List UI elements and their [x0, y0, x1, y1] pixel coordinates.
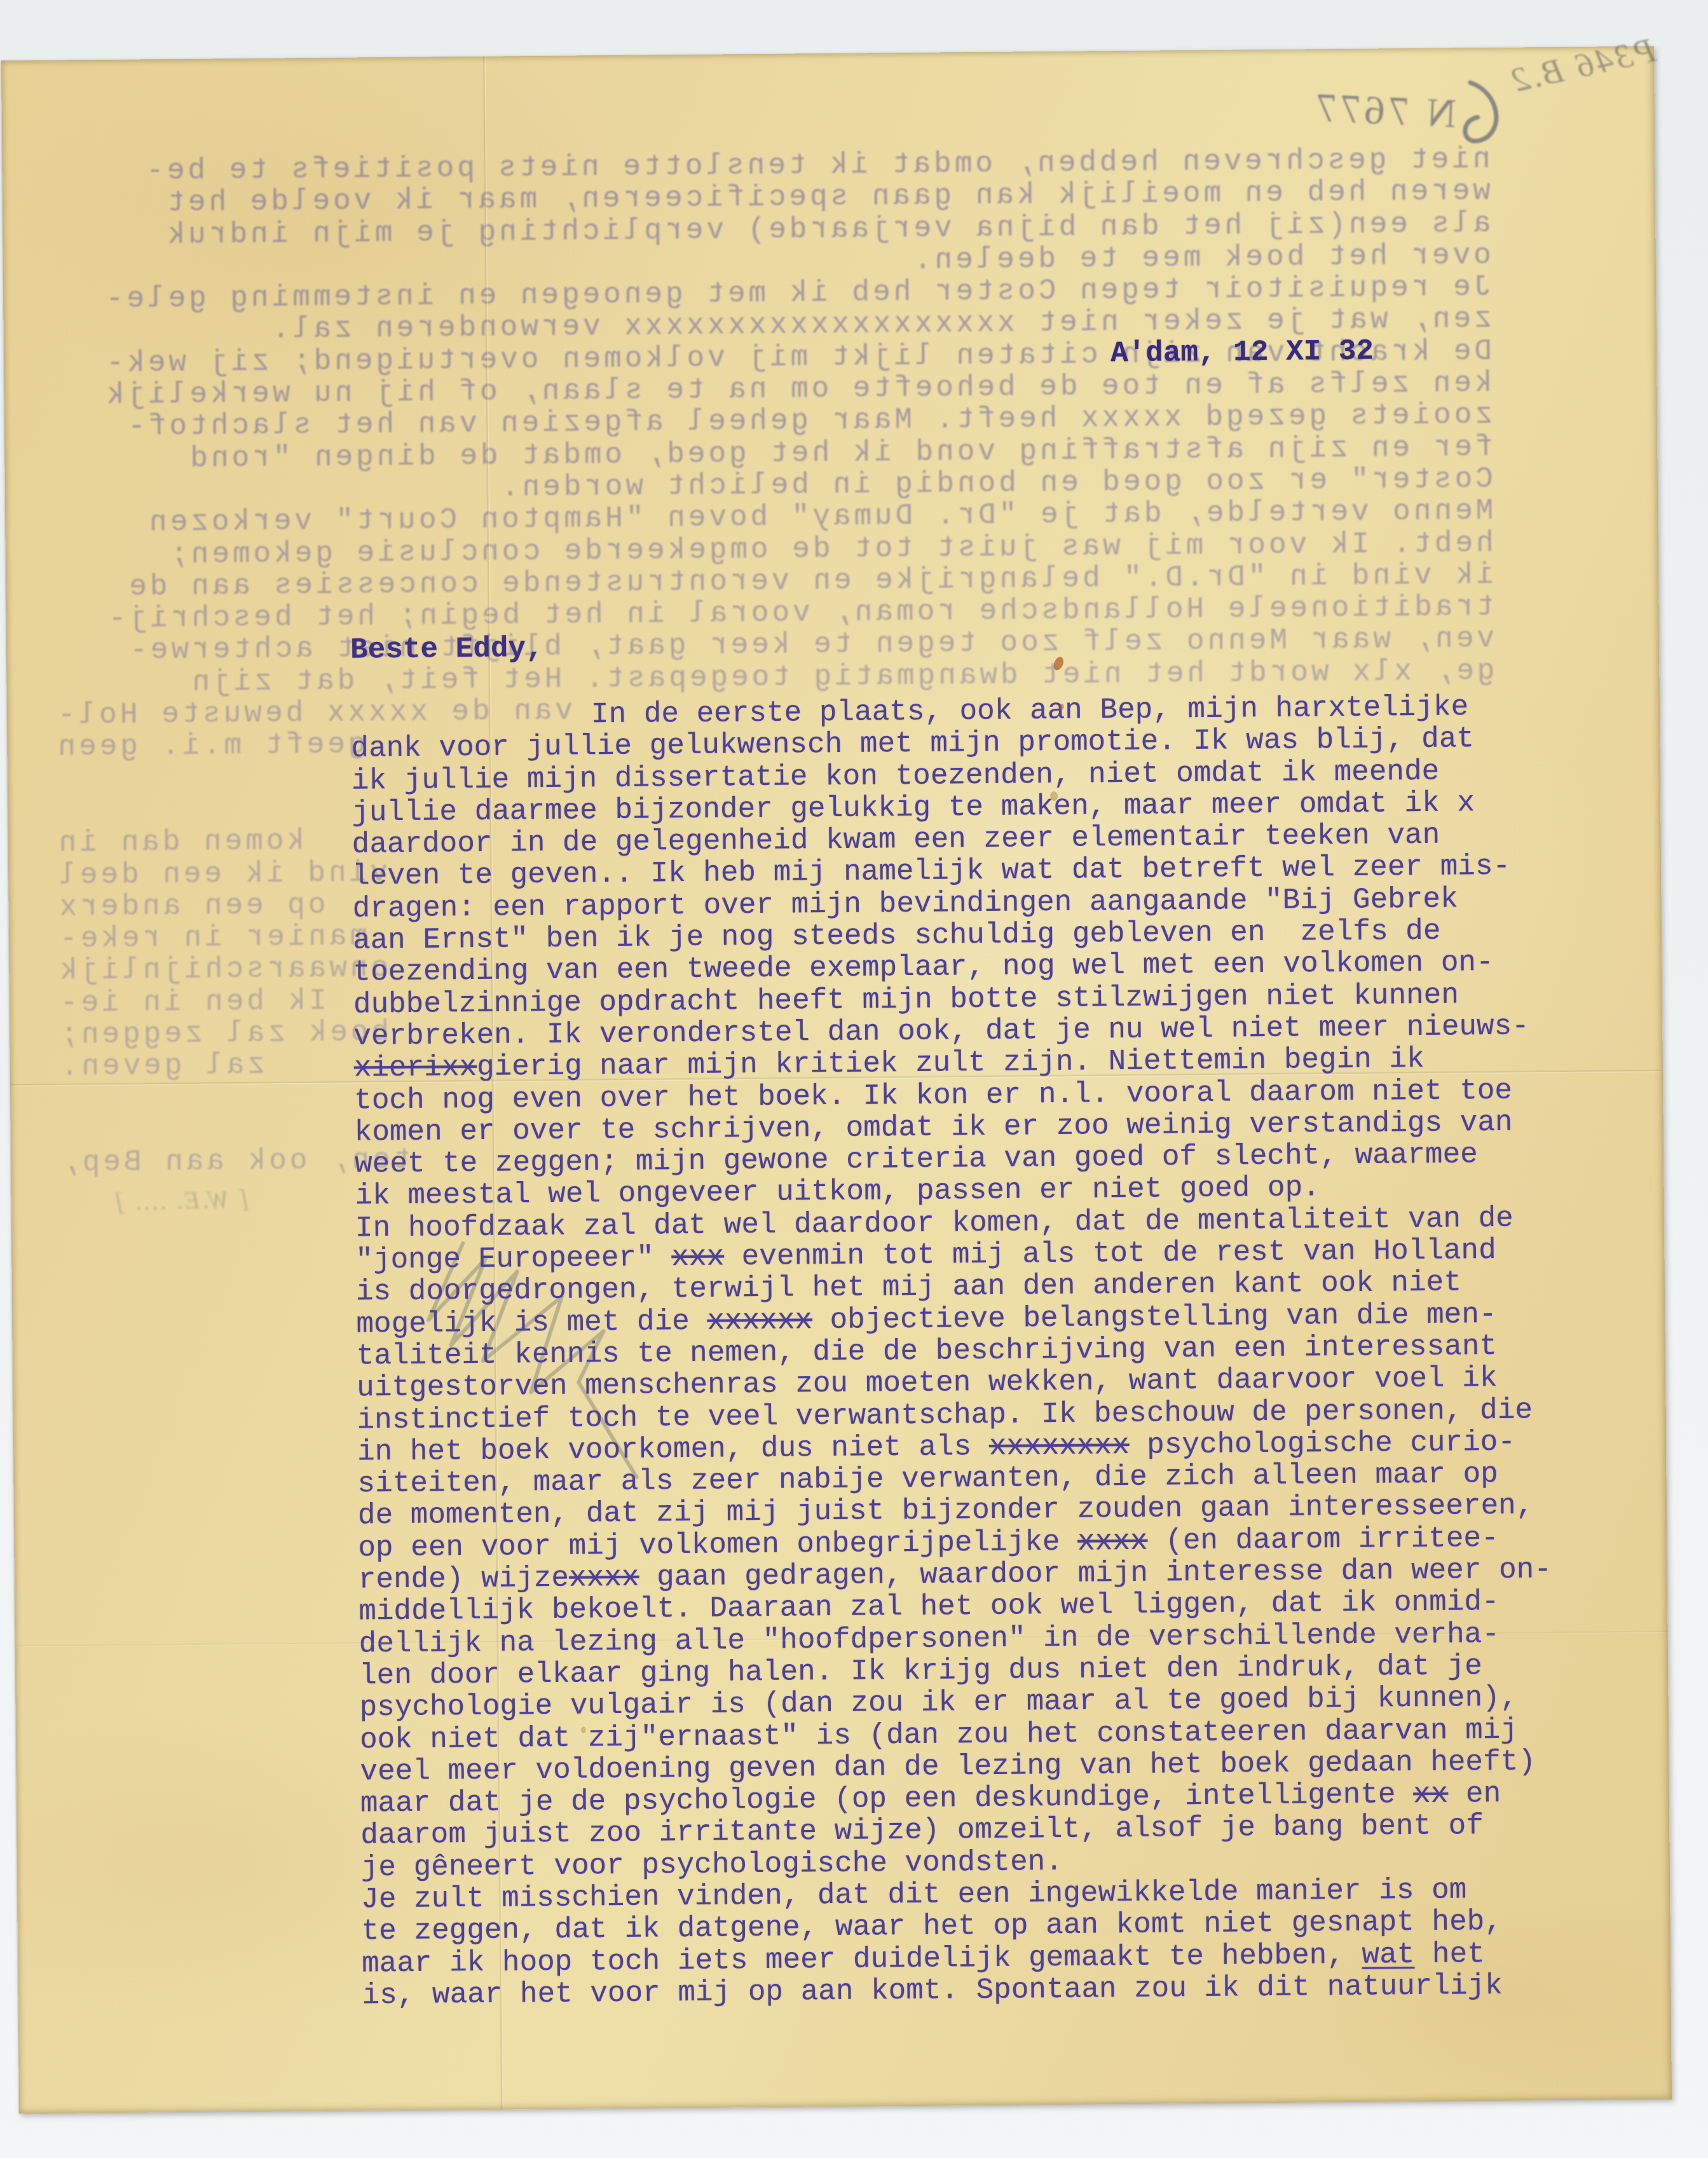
- letter-body: In de eerste plaats, ook aan Bep, mijn h…: [351, 690, 1555, 2011]
- letter-salutation: Beste Eddy,: [350, 632, 543, 666]
- letter-date: A'dam, 12 XI 32: [1110, 336, 1374, 370]
- scanned-letter-page: { "letter": { "date": "A'dam, 12 XI 32",…: [0, 0, 1708, 2158]
- letter-paper: niet geschreven hebben, omdat ik tenslot…: [1, 46, 1672, 2114]
- letter-front-text: A'dam, 12 XI 32 Beste Eddy, In de eerste…: [1, 46, 1672, 2114]
